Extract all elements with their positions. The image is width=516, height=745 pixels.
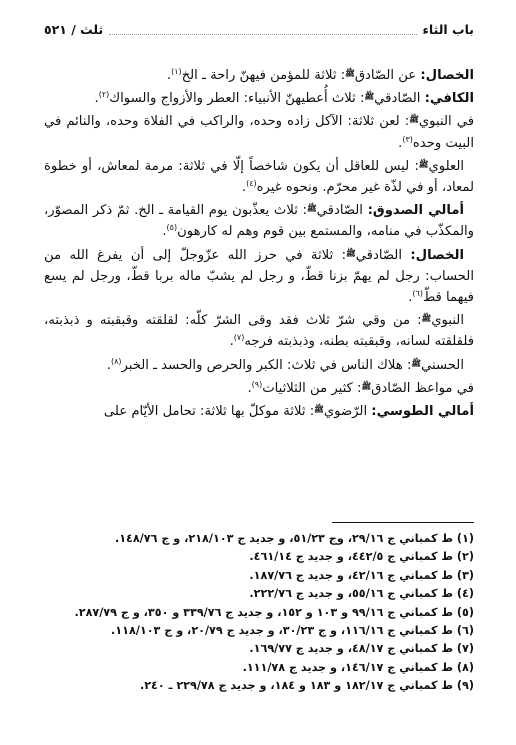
- paragraph-lead: في مواعظ الصّادق: [371, 381, 474, 396]
- honorific-icon: ﷺ: [411, 359, 421, 368]
- paragraph-text: : من وقي شرّ ثلاث فقد وقى الشرّ كلّه: لق…: [44, 313, 474, 349]
- paragraph-lead: الرّضوي: [324, 404, 371, 419]
- footnote-separator: [332, 522, 474, 523]
- paragraph-lead: الصّادقي: [317, 203, 368, 218]
- paragraph-nabawi-2: النبويﷺ: من وقي شرّ ثلاث فقد وقى الشرّ ك…: [44, 308, 474, 352]
- footnote-6: (٦) ط كمباني ج ١١٦/١٦، و ج ٣٠/٢٣، و جديد…: [44, 622, 474, 640]
- footnote-ref[interactable]: (٩): [252, 380, 263, 389]
- honorific-icon: ﷺ: [314, 405, 324, 414]
- book-page: باب الثاء ثلث / ٥٢١ الخصال: عن الصّادقﷺ:…: [44, 0, 474, 745]
- paragraph-text: : ليس للعاقل أن يكون شاخصاً إلّا في ثلاث…: [44, 159, 474, 195]
- paragraph-amali-saduq: أمالي الصدوق: الصّادقيﷺ: ثلاث يعذّبون يو…: [44, 198, 474, 242]
- source-name: أمالي الطوسي:: [371, 404, 474, 419]
- footnotes: (١) ط كمباني ج ٢٩/١٦، وج ٥١/٢٣، و جديد ج…: [44, 530, 474, 696]
- footnote-4: (٤) ط كمباني ج ٥٥/١٦، و جديد ج ٢٢٢/٧٦.: [44, 585, 474, 603]
- paragraph-alawi: العلويﷺ: ليس للعاقل أن يكون شاخصاً إلّا …: [44, 154, 474, 198]
- paragraph-hasani: الحسنيﷺ: هلاك الناس في ثلاث: الكبر والحر…: [44, 353, 474, 376]
- honorific-icon: ﷺ: [345, 69, 355, 78]
- footnote-ref[interactable]: (٥): [167, 223, 178, 232]
- paragraph-kafi: الكافي: الصّادقيﷺ: ثلاث أُعطيهنّ الأنبيا…: [44, 86, 474, 109]
- footnote-8: (٨) ط كمباني ج ١٤٦/١٧، و جديد ج ١١١/٧٨.: [44, 659, 474, 677]
- footnote-ref[interactable]: (٨): [111, 357, 122, 366]
- main-text: الخصال: عن الصّادقﷺ: ثلاثة للمؤمن فيهنّ …: [44, 63, 474, 422]
- paragraph-nabawi-1: في النبويﷺ: لعن ثلاثة: الآكل زاده وحده، …: [44, 109, 474, 153]
- running-header: باب الثاء ثلث / ٥٢١: [44, 21, 474, 39]
- footnote-9: (٩) ط كمباني ج ١٨٢/١٧ و ١٨٣ و ١٨٤، و جدي…: [44, 677, 474, 695]
- honorific-icon: ﷺ: [409, 115, 419, 124]
- honorific-icon: ﷺ: [422, 314, 432, 323]
- paragraph-text: : ثلاث أُعطيهنّ الأنبياء: العطر والأزواج…: [109, 91, 364, 106]
- footnote-7: (٧) ط كمباني ج ٤٨/١٧، و جديد ج ١٦٩/٧٧.: [44, 640, 474, 658]
- page-reference: ثلث / ٥٢١: [44, 21, 103, 39]
- paragraph-amali-tusi: أمالي الطوسي: الرّضويﷺ: ثلاثة موكلّ بها …: [44, 399, 474, 422]
- paragraph-text: : ثلاثة للمؤمن فيهنّ راحة ـ الخ: [182, 68, 346, 83]
- paragraph-text: : ثلاثة موكلّ بها ثلاثة: تحامل الأيّام ع…: [104, 404, 314, 419]
- footnote-1: (١) ط كمباني ج ٢٩/١٦، وج ٥١/٢٣، و جديد ج…: [44, 530, 474, 548]
- paragraph-lead: الصّادقي: [374, 91, 425, 106]
- footnote-ref[interactable]: (٤): [246, 179, 257, 188]
- source-name: الخصال:: [420, 68, 474, 83]
- paragraph-lead: الحسني: [421, 358, 464, 373]
- footnote-ref[interactable]: (٦): [412, 289, 423, 298]
- paragraph-lead: عن الصّادق: [355, 68, 421, 83]
- paragraph-khisal-2: الخصال: الصّادقيﷺ: ثلاثة في حرز الله عزّ…: [44, 243, 474, 309]
- honorific-icon: ﷺ: [364, 92, 374, 101]
- chapter-title: باب الثاء: [423, 21, 474, 39]
- source-name: الخصال:: [410, 248, 464, 263]
- paragraph-lead: في النبوي: [419, 114, 474, 129]
- footnote-5: (٥) ط كمباني ج ٩٩/١٦ و ١٠٣ و ١٥٢، و جديد…: [44, 604, 474, 622]
- source-name: الكافي:: [425, 91, 474, 106]
- honorific-icon: ﷺ: [419, 160, 429, 169]
- footnote-ref[interactable]: (٧): [234, 333, 245, 342]
- paragraph-lead: العلوي: [428, 159, 464, 174]
- paragraph-text: : هلاك الناس في ثلاث: الكبر والحرص والحس…: [121, 358, 411, 373]
- footnote-ref[interactable]: (٣): [402, 135, 413, 144]
- paragraph-khisal-1: الخصال: عن الصّادقﷺ: ثلاثة للمؤمن فيهنّ …: [44, 63, 474, 86]
- paragraph-mawaiz: في مواعظ الصّادقﷺ: كثير من الثلاثيات(٩).: [44, 376, 474, 399]
- paragraph-text: : كثير من الثلاثيات: [262, 381, 361, 396]
- footnote-ref[interactable]: (٢): [99, 90, 110, 99]
- header-dotted-leader: [109, 33, 416, 35]
- paragraph-lead: النبوي: [431, 313, 464, 328]
- honorific-icon: ﷺ: [361, 382, 371, 391]
- paragraph-lead: الصّادقي: [356, 248, 411, 263]
- honorific-icon: ﷺ: [346, 249, 356, 258]
- honorific-icon: ﷺ: [307, 204, 317, 213]
- footnote-2: (٢) ط كمباني ج ٤٤٢/٥، و جديد ج ٤٦١/١٤.: [44, 548, 474, 566]
- footnote-ref[interactable]: (١): [171, 67, 182, 76]
- footnote-3: (٣) ط كمباني ج ٤٢/١٦، و جديد ج ١٨٧/٧٦.: [44, 567, 474, 585]
- source-name: أمالي الصدوق:: [368, 203, 464, 218]
